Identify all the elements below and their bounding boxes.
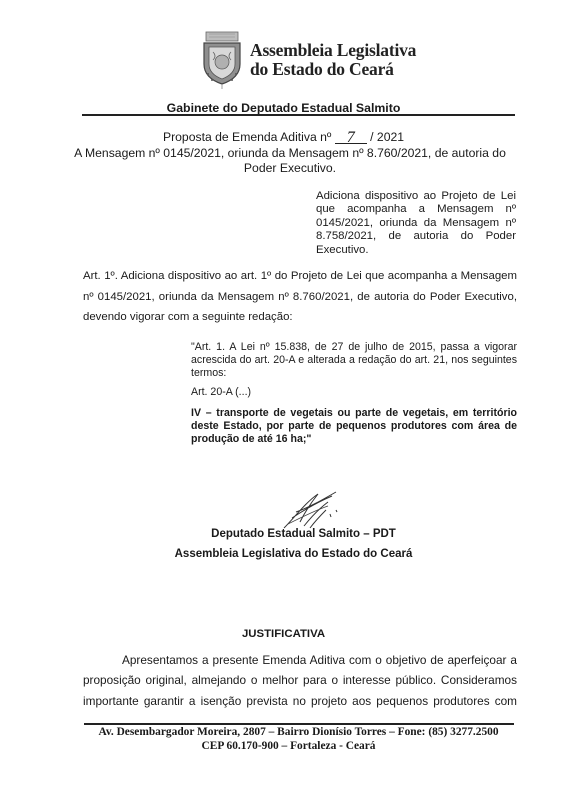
footer-divider bbox=[84, 723, 514, 725]
footer-city: CEP 60.170-900 – Fortaleza - Ceará bbox=[5, 740, 567, 752]
footer-address: Av. Desembargador Moreira, 2807 – Bairro… bbox=[15, 726, 567, 738]
justificativa-text: Apresentamos a presente Emenda Aditiva c… bbox=[83, 650, 517, 713]
justificativa-clip: Apresentamos a presente Emenda Aditiva c… bbox=[0, 0, 567, 713]
